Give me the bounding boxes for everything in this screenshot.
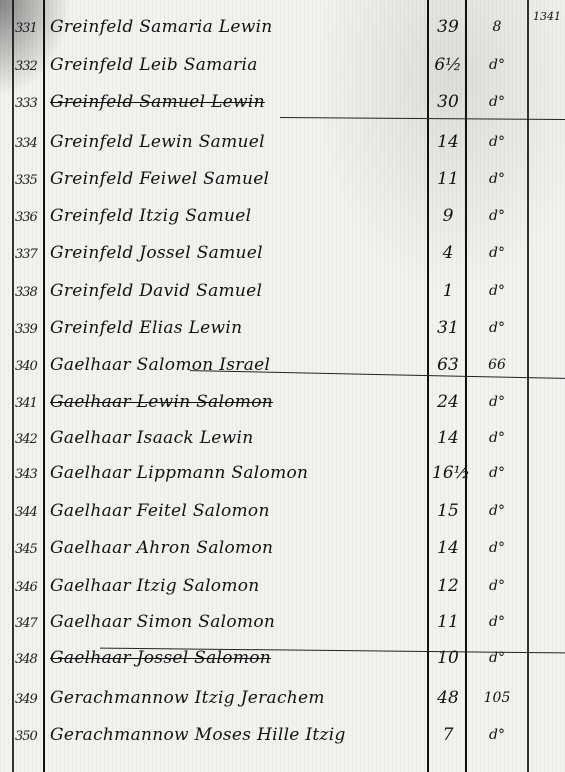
- register-page: 1341 331Greinfeld Samaria Lewin398332Gre…: [0, 0, 565, 772]
- entry-age: 14: [432, 132, 464, 152]
- entry-age: 15: [432, 501, 464, 521]
- entry-name: Gaelhaar Jossel Salomon: [50, 648, 271, 668]
- entry-number: 339: [15, 322, 43, 337]
- entry-name: Gaelhaar Lewin Salomon: [50, 392, 273, 412]
- entry-name: Greinfeld Jossel Samuel: [50, 243, 263, 263]
- entry-name: Gaelhaar Simon Salomon: [50, 612, 275, 632]
- entry-age: 12: [432, 576, 464, 596]
- register-row: 339Greinfeld Elias Lewin31d°: [0, 303, 565, 341]
- entry-number: 346: [15, 580, 43, 595]
- entry-remark: d°: [470, 283, 524, 299]
- entry-name: Greinfeld Leib Samaria: [50, 55, 258, 75]
- register-row: 347Gaelhaar Simon Salomon11d°: [0, 597, 565, 635]
- entry-number: 332: [15, 59, 43, 74]
- entry-number: 350: [15, 729, 43, 744]
- entry-name: Gerachmannow Itzig Jerachem: [50, 688, 325, 708]
- entry-remark: d°: [470, 394, 524, 410]
- entry-name: Gaelhaar Lippmann Salomon: [50, 463, 308, 483]
- entry-age: 31: [432, 318, 464, 338]
- entry-age: 7: [432, 725, 464, 745]
- entry-age: 30: [432, 92, 464, 112]
- entry-number: 349: [15, 692, 43, 707]
- entry-remark: d°: [470, 614, 524, 630]
- entry-age: 6½: [432, 55, 464, 75]
- entry-remark: d°: [470, 465, 524, 481]
- entry-remark: d°: [470, 208, 524, 224]
- entry-name: Gaelhaar Ahron Salomon: [50, 538, 273, 558]
- entry-age: 48: [432, 688, 464, 708]
- entry-name: Gaelhaar Isaack Lewin: [50, 428, 254, 448]
- entry-age: 1: [432, 281, 464, 301]
- entry-number: 334: [15, 136, 43, 151]
- register-row: 343Gaelhaar Lippmann Salomon16½d°: [0, 448, 565, 486]
- register-row: 332Greinfeld Leib Samaria6½d°: [0, 40, 565, 78]
- entry-remark: d°: [470, 430, 524, 446]
- entry-name: Greinfeld David Samuel: [50, 281, 262, 301]
- entry-age: 11: [432, 612, 464, 632]
- entry-remark: 105: [470, 690, 524, 706]
- register-row: 337Greinfeld Jossel Samuel4d°: [0, 228, 565, 266]
- entry-age: 4: [432, 243, 464, 263]
- entry-name: Greinfeld Samuel Lewin: [50, 92, 265, 112]
- entry-number: 341: [15, 396, 43, 411]
- entry-name: Greinfeld Itzig Samuel: [50, 206, 251, 226]
- entry-age: 24: [432, 392, 464, 412]
- entry-number: 347: [15, 616, 43, 631]
- entry-remark: d°: [470, 134, 524, 150]
- register-row: 335Greinfeld Feiwel Samuel11d°: [0, 154, 565, 192]
- register-row: 333Greinfeld Samuel Lewin30d°: [0, 77, 565, 115]
- entry-number: 335: [15, 173, 43, 188]
- entry-remark: d°: [470, 171, 524, 187]
- entry-remark: d°: [470, 320, 524, 336]
- register-row: 342Gaelhaar Isaack Lewin14d°: [0, 413, 565, 451]
- entry-number: 340: [15, 359, 43, 374]
- entry-number: 331: [15, 21, 43, 36]
- entry-age: 39: [432, 17, 464, 37]
- entry-name: Greinfeld Lewin Samuel: [50, 132, 265, 152]
- entry-age: 11: [432, 169, 464, 189]
- entry-name: Gaelhaar Itzig Salomon: [50, 576, 260, 596]
- entry-number: 333: [15, 96, 43, 111]
- entry-remark: d°: [470, 94, 524, 110]
- entry-number: 345: [15, 542, 43, 557]
- entry-age: 14: [432, 538, 464, 558]
- entry-age: 9: [432, 206, 464, 226]
- entry-remark: d°: [470, 578, 524, 594]
- entry-remark: d°: [470, 727, 524, 743]
- entry-name: Gaelhaar Feitel Salomon: [50, 501, 270, 521]
- register-row: 331Greinfeld Samaria Lewin398: [0, 2, 565, 40]
- entry-remark: 8: [470, 19, 524, 35]
- entry-remark: d°: [470, 540, 524, 556]
- entry-age: 63: [432, 355, 464, 375]
- entry-number: 338: [15, 285, 43, 300]
- entry-remark: d°: [470, 245, 524, 261]
- entry-remark: 66: [470, 357, 524, 373]
- entry-number: 337: [15, 247, 43, 262]
- entry-age: 14: [432, 428, 464, 448]
- register-row: 341Gaelhaar Lewin Salomon24d°: [0, 377, 565, 415]
- entry-name: Gerachmannow Moses Hille Itzig: [50, 725, 346, 745]
- entry-number: 343: [15, 467, 43, 482]
- entry-name: Greinfeld Feiwel Samuel: [50, 169, 269, 189]
- register-row: 344Gaelhaar Feitel Salomon15d°: [0, 486, 565, 524]
- entry-number: 336: [15, 210, 43, 225]
- register-row: 350Gerachmannow Moses Hille Itzig7d°: [0, 710, 565, 748]
- entry-remark: d°: [470, 57, 524, 73]
- entry-age: 16½: [432, 463, 464, 483]
- register-row: 338Greinfeld David Samuel1d°: [0, 266, 565, 304]
- entry-number: 348: [15, 652, 43, 667]
- register-row: 346Gaelhaar Itzig Salomon12d°: [0, 561, 565, 599]
- entry-number: 342: [15, 432, 43, 447]
- register-row: 345Gaelhaar Ahron Salomon14d°: [0, 523, 565, 561]
- register-row: 334Greinfeld Lewin Samuel14d°: [0, 117, 565, 155]
- entry-name: Greinfeld Elias Lewin: [50, 318, 242, 338]
- entry-remark: d°: [470, 503, 524, 519]
- register-row: 349Gerachmannow Itzig Jerachem48105: [0, 673, 565, 711]
- entry-name: Greinfeld Samaria Lewin: [50, 17, 273, 37]
- entry-number: 344: [15, 505, 43, 520]
- register-row: 336Greinfeld Itzig Samuel9d°: [0, 191, 565, 229]
